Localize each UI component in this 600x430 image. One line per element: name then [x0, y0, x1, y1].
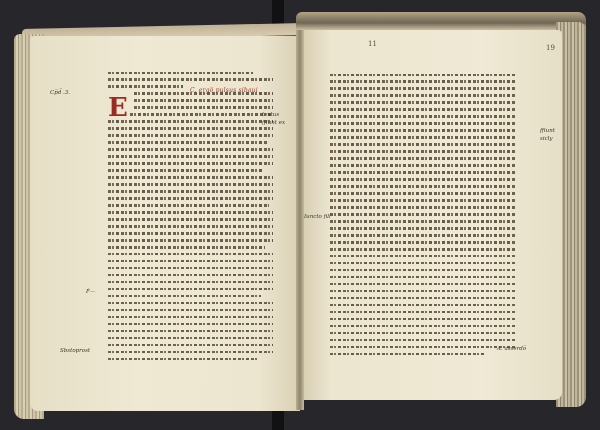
margin-note-right-page-left: Iuncto fill — [304, 214, 331, 220]
right-text-block — [330, 72, 515, 358]
left-text-block — [108, 70, 273, 363]
manuscript-book: Cp̅d̅ .3. C. ergo̅ pulsus sibaui E textu… — [0, 0, 600, 430]
margin-note-right-page-1: ffiunt — [540, 128, 555, 134]
right-top-edge — [296, 12, 586, 30]
header-mark: 11 — [368, 40, 377, 48]
margin-note-top-left: Cp̅d̅ .3. — [50, 90, 70, 96]
folio-number: 19 — [546, 44, 555, 52]
spine-shadow-top — [272, 0, 284, 26]
gutter — [296, 30, 304, 410]
margin-note-right-page-2: sicly — [540, 136, 553, 142]
margin-note-left-mid: Ḟ— — [86, 289, 95, 295]
margin-note-bottom-left: Sbstoprost — [60, 348, 90, 354]
